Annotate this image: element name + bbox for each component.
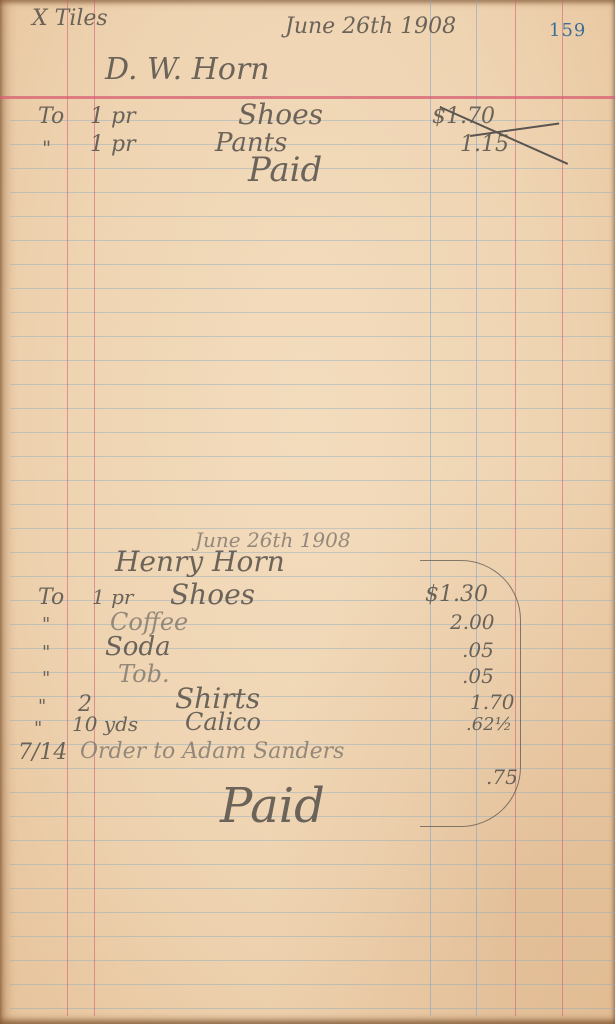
- ruled-line: [10, 360, 615, 361]
- ruled-line: [10, 384, 615, 385]
- entry-item: Order to Adam Sanders: [80, 738, 420, 766]
- entry-item: Tob.: [118, 660, 170, 688]
- entry-qty: 1 pr: [92, 585, 133, 609]
- ruled-line: [10, 480, 615, 481]
- ruled-line: [10, 408, 615, 409]
- ruled-line: [10, 240, 615, 241]
- ruled-line: [10, 552, 615, 553]
- entry-prefix: To: [38, 585, 64, 610]
- page-number: 159: [549, 20, 586, 41]
- amount-column-rule: [515, 0, 516, 1016]
- dollars-column-rule: [430, 0, 431, 1016]
- ruled-line: [10, 456, 615, 457]
- ruled-line: [10, 672, 615, 673]
- entry-prefix: ": [34, 718, 42, 739]
- ruled-line: [10, 288, 615, 289]
- ruled-line: [10, 336, 615, 337]
- ruled-line: [10, 912, 615, 913]
- ruled-line: [10, 1008, 615, 1009]
- entry-prefix: ": [42, 668, 50, 689]
- ruled-line: [10, 768, 615, 769]
- ruled-line: [10, 984, 615, 985]
- entry-qty: 10 yds: [72, 712, 138, 736]
- account-name: Henry Horn: [115, 545, 285, 578]
- ruled-line: [10, 576, 615, 577]
- account-marker: X Tiles: [32, 6, 108, 31]
- entry-item: Shoes: [170, 578, 255, 611]
- entry-prefix: ": [42, 614, 50, 635]
- ruled-line: [10, 504, 615, 505]
- entry-item: Calico: [185, 708, 261, 736]
- ruled-line: [10, 696, 615, 697]
- total-bracket: [420, 560, 521, 827]
- entry-item: Shoes: [238, 98, 323, 131]
- ruled-line: [10, 864, 615, 865]
- entry-prefix: To: [38, 104, 64, 129]
- entry-amount: 1.15: [460, 132, 509, 157]
- left-margin-rule: [67, 0, 68, 1016]
- ruled-line: [10, 432, 615, 433]
- paid-stamp: Paid: [248, 150, 322, 190]
- ruled-line: [10, 840, 615, 841]
- ruled-line: [10, 192, 615, 193]
- ruled-line: [10, 312, 615, 313]
- ruled-line: [10, 264, 615, 265]
- ruled-line: [10, 936, 615, 937]
- ledger-page: 159 X Tiles June 26th 1908 D. W. Horn To…: [0, 0, 615, 1024]
- account-name: D. W. Horn: [105, 52, 270, 87]
- ruled-line: [10, 648, 615, 649]
- entry-item: Soda: [105, 632, 171, 662]
- entry-prefix: ": [38, 696, 46, 717]
- entry-prefix: ": [42, 136, 51, 160]
- entry-qty: 1 pr: [90, 104, 136, 129]
- ruled-line: [10, 960, 615, 961]
- ruled-line: [10, 216, 615, 217]
- ruled-line: [10, 888, 615, 889]
- paid-stamp: Paid: [220, 778, 325, 834]
- entry-prefix: 7/14: [18, 740, 67, 765]
- account-date: June 26th 1908: [285, 14, 456, 39]
- ruled-line: [10, 624, 615, 625]
- right-margin-rule: [562, 0, 563, 1016]
- entry-qty: 1 pr: [90, 132, 136, 157]
- entry-prefix: ": [42, 642, 50, 663]
